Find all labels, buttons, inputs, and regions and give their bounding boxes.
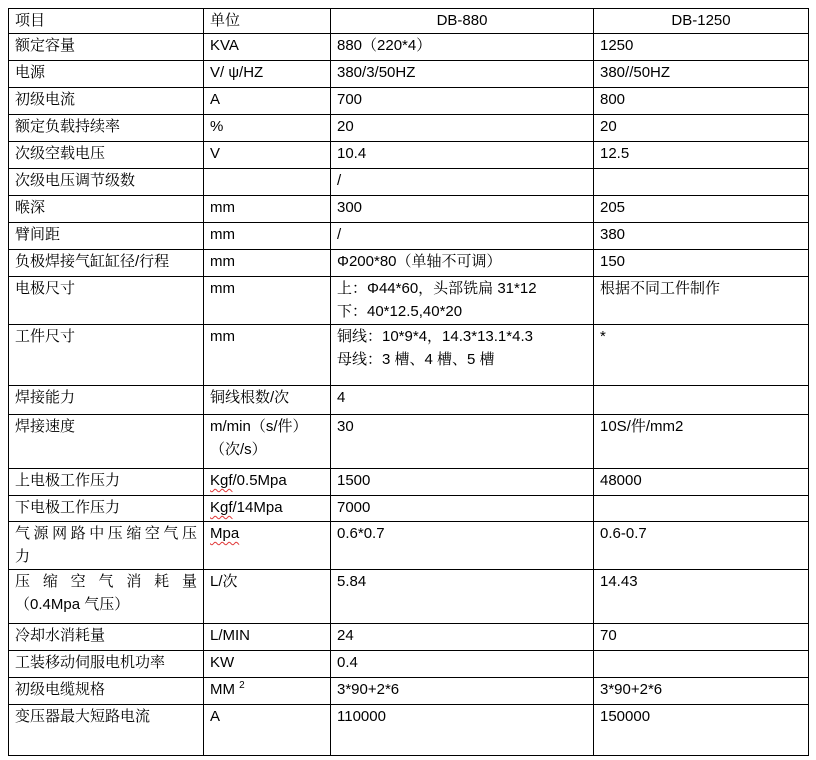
cell-unit: Mpa [204, 522, 331, 570]
cell-db1250: 1250 [594, 34, 809, 61]
table-row: 负极焊接气缸缸径/行程mmΦ200*80（单轴不可调）150 [9, 250, 809, 277]
table-row: 额定容量KVA880（220*4）1250 [9, 34, 809, 61]
cell-line: 5.84 [337, 572, 587, 592]
col-header-db880: DB-880 [331, 9, 594, 34]
cell-line: 880（220*4） [337, 36, 587, 56]
cell-line: 205 [600, 198, 802, 218]
cell-unit: 铜线根数/次 [204, 386, 331, 415]
cell-line: mm [210, 198, 324, 218]
cell-line: （次/s） [210, 440, 324, 460]
cell-line: 12.5 [600, 144, 802, 164]
cell-line: 380 [600, 225, 802, 245]
cell-line: 冷却水消耗量 [15, 626, 197, 646]
cell-db1250: 0.6-0.7 [594, 522, 809, 570]
table-row: 臂间距mm/380 [9, 223, 809, 250]
cell-item: 额定容量 [9, 34, 204, 61]
cell-db1250: 3*90+2*6 [594, 678, 809, 705]
cell-db880: 300 [331, 196, 594, 223]
cell-db880: 5.84 [331, 570, 594, 624]
cell-item: 初级电流 [9, 88, 204, 115]
cell-item: 次级电压调节级数 [9, 169, 204, 196]
cell-item: 变压器最大短路电流 [9, 705, 204, 756]
cell-db880: 铜线：10*9*4，14.3*13.1*4.3母线：3 槽、4 槽、5 槽 [331, 325, 594, 386]
table-row: 喉深mm300205 [9, 196, 809, 223]
cell-item: 焊接速度 [9, 415, 204, 469]
cell-line: Mpa [210, 524, 324, 544]
cell-line: 7000 [337, 498, 587, 518]
table-row: 电极尺寸mm上：Φ44*60，头部铣扁 31*12下：40*12.5,40*20… [9, 277, 809, 325]
cell-line: 根据不同工件制作 [600, 279, 802, 299]
cell-db1250: 20 [594, 115, 809, 142]
cell-line: 上：Φ44*60，头部铣扁 31*12 [337, 279, 587, 299]
cell-line: 初级电流 [15, 90, 197, 110]
table-row: 次级电压调节级数/ [9, 169, 809, 196]
cell-line: * [600, 327, 802, 347]
cell-db880: 20 [331, 115, 594, 142]
cell-item: 压缩空气消耗量（0.4Mpa 气压） [9, 570, 204, 624]
cell-line: V/ ψ/HZ [210, 63, 324, 83]
cell-line: 150 [600, 252, 802, 272]
cell-line: 300 [337, 198, 587, 218]
table-row: 电源V/ ψ/HZ380/3/50HZ380//50HZ [9, 61, 809, 88]
table-row: 焊接速度m/min（s/件）（次/s）3010S/件/mm2 [9, 415, 809, 469]
cell-line: 20 [337, 117, 587, 137]
cell-line: 4 [337, 388, 587, 408]
cell-line: 380//50HZ [600, 63, 802, 83]
cell-line: V [210, 144, 324, 164]
cell-unit: mm [204, 325, 331, 386]
spellcheck-flagged-text: Mpa [210, 525, 239, 542]
cell-line: 力 [15, 547, 197, 567]
cell-line: L/MIN [210, 626, 324, 646]
cell-line: 上电极工作压力 [15, 471, 197, 491]
cell-line: 150000 [600, 707, 802, 727]
document-page: 项目 单位 DB-880 DB-1250 额定容量KVA880（220*4）12… [0, 0, 816, 756]
cell-line: 下电极工作压力 [15, 498, 197, 518]
cell-line: 14.43 [600, 572, 802, 592]
cell-unit: Kgf/0.5Mpa [204, 469, 331, 496]
cell-line: 电极尺寸 [15, 279, 197, 299]
cell-line: Kgf/14Mpa [210, 498, 324, 518]
cell-item: 负极焊接气缸缸径/行程 [9, 250, 204, 277]
cell-db1250 [594, 496, 809, 522]
cell-db1250 [594, 651, 809, 678]
cell-db1250: 10S/件/mm2 [594, 415, 809, 469]
cell-item: 下电极工作压力 [9, 496, 204, 522]
cell-line: mm [210, 327, 324, 347]
table-row: 变压器最大短路电流A110000150000 [9, 705, 809, 756]
cell-line: Kgf/0.5Mpa [210, 471, 324, 491]
cell-unit: MM 2 [204, 678, 331, 705]
table-row: 气源网路中压缩空气压力Mpa0.6*0.70.6-0.7 [9, 522, 809, 570]
cell-db880: 0.6*0.7 [331, 522, 594, 570]
cell-line: 0.6*0.7 [337, 524, 587, 544]
cell-line: 1250 [600, 36, 802, 56]
spellcheck-flagged-text: Kgf [210, 472, 233, 489]
cell-db1250: 14.43 [594, 570, 809, 624]
cell-db880: 4 [331, 386, 594, 415]
cell-line: 700 [337, 90, 587, 110]
cell-line: （0.4Mpa 气压） [15, 595, 197, 615]
cell-item: 额定负载持续率 [9, 115, 204, 142]
cell-text: /0.5Mpa [233, 472, 287, 489]
cell-line: 额定负载持续率 [15, 117, 197, 137]
cell-line: 10S/件/mm2 [600, 417, 802, 437]
cell-line: 负极焊接气缸缸径/行程 [15, 252, 197, 272]
cell-unit [204, 169, 331, 196]
cell-line: 0.6-0.7 [600, 524, 802, 544]
table-row: 次级空载电压V10.412.5 [9, 142, 809, 169]
cell-line: m/min（s/件） [210, 417, 324, 437]
cell-line: MM 2 [210, 680, 324, 700]
cell-line: mm [210, 225, 324, 245]
cell-item: 初级电缆规格 [9, 678, 204, 705]
table-row: 工件尺寸mm铜线：10*9*4，14.3*13.1*4.3母线：3 槽、4 槽、… [9, 325, 809, 386]
cell-unit: A [204, 88, 331, 115]
cell-line: L/次 [210, 572, 324, 592]
cell-item: 焊接能力 [9, 386, 204, 415]
cell-db880: 3*90+2*6 [331, 678, 594, 705]
cell-unit: KW [204, 651, 331, 678]
cell-unit: mm [204, 277, 331, 325]
cell-db880: 880（220*4） [331, 34, 594, 61]
cell-db1250 [594, 386, 809, 415]
cell-db1250: 根据不同工件制作 [594, 277, 809, 325]
cell-line: 工件尺寸 [15, 327, 197, 347]
cell-item: 电极尺寸 [9, 277, 204, 325]
cell-line: 800 [600, 90, 802, 110]
cell-item: 气源网路中压缩空气压力 [9, 522, 204, 570]
cell-line: 工装移动伺服电机功率 [15, 653, 197, 673]
cell-line: mm [210, 279, 324, 299]
cell-line: 喉深 [15, 198, 197, 218]
cell-item: 上电极工作压力 [9, 469, 204, 496]
cell-line: 110000 [337, 707, 587, 727]
cell-line: 气源网路中压缩空气压 [15, 524, 197, 544]
cell-db1250: 150 [594, 250, 809, 277]
cell-db1250: 380//50HZ [594, 61, 809, 88]
cell-db880: 110000 [331, 705, 594, 756]
cell-line: Φ200*80（单轴不可调） [337, 252, 587, 272]
cell-item: 喉深 [9, 196, 204, 223]
cell-unit: mm [204, 196, 331, 223]
cell-line: 变压器最大短路电流 [15, 707, 197, 727]
cell-db880: 7000 [331, 496, 594, 522]
cell-unit: KVA [204, 34, 331, 61]
cell-item: 臂间距 [9, 223, 204, 250]
cell-line: 次级空载电压 [15, 144, 197, 164]
cell-line: 3*90+2*6 [600, 680, 802, 700]
cell-unit: A [204, 705, 331, 756]
cell-line: 48000 [600, 471, 802, 491]
cell-line: 母线：3 槽、4 槽、5 槽 [337, 350, 587, 370]
cell-unit: V/ ψ/HZ [204, 61, 331, 88]
cell-line: 3*90+2*6 [337, 680, 587, 700]
cell-line: 电源 [15, 63, 197, 83]
cell-line: 压缩空气消耗量 [15, 572, 197, 592]
cell-db1250: 150000 [594, 705, 809, 756]
cell-unit: mm [204, 250, 331, 277]
cell-line: A [210, 707, 324, 727]
cell-line: 1500 [337, 471, 587, 491]
cell-db880: 0.4 [331, 651, 594, 678]
table-row: 焊接能力铜线根数/次4 [9, 386, 809, 415]
cell-line: 初级电缆规格 [15, 680, 197, 700]
cell-line: / [337, 171, 587, 191]
cell-item: 工装移动伺服电机功率 [9, 651, 204, 678]
cell-unit: L/次 [204, 570, 331, 624]
cell-text: MM [210, 681, 239, 698]
col-header-unit: 单位 [204, 9, 331, 34]
header-row: 项目 单位 DB-880 DB-1250 [9, 9, 809, 34]
spellcheck-flagged-text: Kgf [210, 499, 233, 516]
cell-line: % [210, 117, 324, 137]
cell-db880: 上：Φ44*60，头部铣扁 31*12下：40*12.5,40*20 [331, 277, 594, 325]
cell-db1250: 12.5 [594, 142, 809, 169]
cell-line: 铜线：10*9*4，14.3*13.1*4.3 [337, 327, 587, 347]
cell-line: / [337, 225, 587, 245]
table-row: 上电极工作压力Kgf/0.5Mpa150048000 [9, 469, 809, 496]
cell-unit: L/MIN [204, 624, 331, 651]
cell-line: KW [210, 653, 324, 673]
cell-line: 铜线根数/次 [210, 388, 324, 408]
cell-db1250: 205 [594, 196, 809, 223]
table-row: 初级电缆规格MM 23*90+2*63*90+2*6 [9, 678, 809, 705]
cell-db880: / [331, 223, 594, 250]
cell-db1250: 48000 [594, 469, 809, 496]
cell-unit: mm [204, 223, 331, 250]
cell-item: 电源 [9, 61, 204, 88]
cell-item: 冷却水消耗量 [9, 624, 204, 651]
cell-unit: % [204, 115, 331, 142]
cell-unit: Kgf/14Mpa [204, 496, 331, 522]
cell-line: 380/3/50HZ [337, 63, 587, 83]
cell-db880: 10.4 [331, 142, 594, 169]
cell-line: 额定容量 [15, 36, 197, 56]
cell-text: /14Mpa [233, 499, 283, 516]
cell-db880: 380/3/50HZ [331, 61, 594, 88]
table-row: 初级电流A700800 [9, 88, 809, 115]
cell-line: 次级电压调节级数 [15, 171, 197, 191]
cell-db1250: 380 [594, 223, 809, 250]
cell-line: mm [210, 252, 324, 272]
cell-unit: V [204, 142, 331, 169]
cell-db880: / [331, 169, 594, 196]
cell-item: 工件尺寸 [9, 325, 204, 386]
cell-item: 次级空载电压 [9, 142, 204, 169]
cell-db1250: 70 [594, 624, 809, 651]
cell-db880: 30 [331, 415, 594, 469]
table-row: 下电极工作压力Kgf/14Mpa7000 [9, 496, 809, 522]
cell-db880: Φ200*80（单轴不可调） [331, 250, 594, 277]
table-row: 额定负载持续率%2020 [9, 115, 809, 142]
cell-db880: 700 [331, 88, 594, 115]
table-row: 工装移动伺服电机功率KW0.4 [9, 651, 809, 678]
table-row: 压缩空气消耗量（0.4Mpa 气压）L/次5.8414.43 [9, 570, 809, 624]
col-header-db1250: DB-1250 [594, 9, 809, 34]
cell-db1250: 800 [594, 88, 809, 115]
cell-line: 10.4 [337, 144, 587, 164]
spec-table-body: 额定容量KVA880（220*4）1250电源V/ ψ/HZ380/3/50HZ… [9, 34, 809, 756]
cell-line: 焊接能力 [15, 388, 197, 408]
cell-line: 焊接速度 [15, 417, 197, 437]
cell-db1250 [594, 169, 809, 196]
cell-line: 30 [337, 417, 587, 437]
cell-line: 0.4 [337, 653, 587, 673]
cell-db880: 24 [331, 624, 594, 651]
cell-unit: m/min（s/件）（次/s） [204, 415, 331, 469]
cell-db1250: * [594, 325, 809, 386]
superscript-text: 2 [239, 680, 245, 691]
cell-line: 臂间距 [15, 225, 197, 245]
cell-line: 20 [600, 117, 802, 137]
table-row: 冷却水消耗量L/MIN2470 [9, 624, 809, 651]
cell-line: 24 [337, 626, 587, 646]
cell-db880: 1500 [331, 469, 594, 496]
cell-line: A [210, 90, 324, 110]
cell-line: KVA [210, 36, 324, 56]
cell-line: 下：40*12.5,40*20 [337, 302, 587, 322]
spec-table: 项目 单位 DB-880 DB-1250 额定容量KVA880（220*4）12… [8, 8, 809, 756]
col-header-item: 项目 [9, 9, 204, 34]
cell-line: 70 [600, 626, 802, 646]
